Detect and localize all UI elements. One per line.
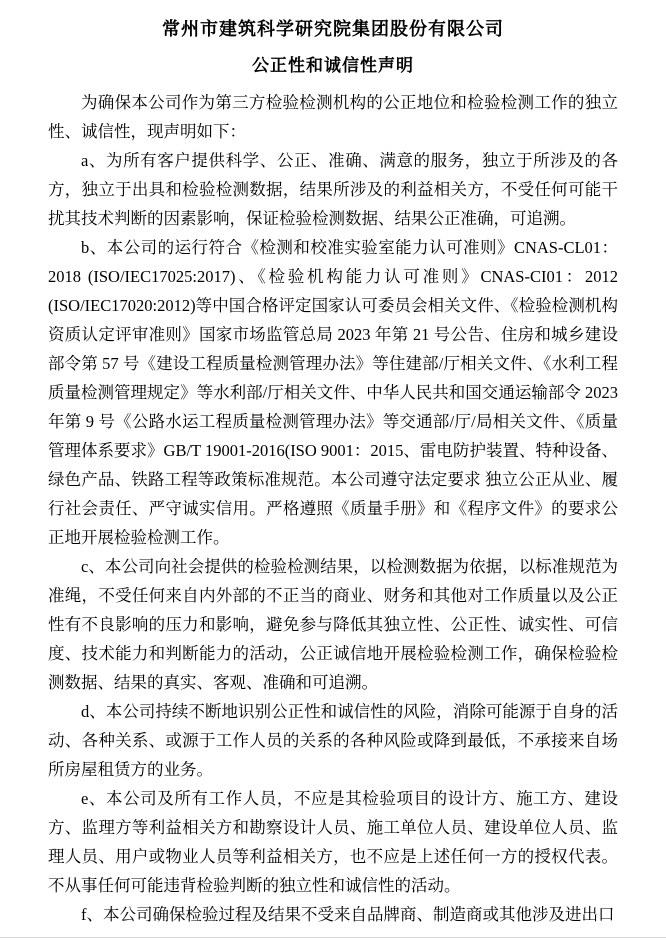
document-page: 常州市建筑科学研究院集团股份有限公司 公正性和诚信性声明 为确保本公司作为第三方… — [0, 0, 666, 941]
document-title: 常州市建筑科学研究院集团股份有限公司 — [48, 16, 618, 42]
paragraph-intro: 为确保本公司作为第三方检验检测机构的公正地位和检验检测工作的独立性、诚信性，现声… — [48, 88, 618, 146]
paragraph-item-d: d、本公司持续不断地识别公正性和诚信性的风险，消除可能源于自身的活动、各种关系、… — [48, 697, 618, 784]
paragraph-item-a: a、为所有客户提供科学、公正、准确、满意的服务，独立于所涉及的各方，独立于出具和… — [48, 146, 618, 233]
page-bottom-divider — [0, 937, 666, 938]
document-subtitle: 公正性和诚信性声明 — [48, 54, 618, 78]
paragraph-item-f: f、本公司确保检验过程及结果不受来自品牌商、制造商或其他涉及进出口 — [48, 900, 618, 929]
paragraph-item-b: b、本公司的运行符合《检测和校准实验室能力认可准则》CNAS-CL01：2018… — [48, 233, 618, 552]
paragraph-item-c: c、本公司向社会提供的检验检测结果，以检测数据为依据，以标准规范为准绳，不受任何… — [48, 552, 618, 697]
paragraph-item-e: e、本公司及所有工作人员，不应是其检验项目的设计方、施工方、建设方、监理方等利益… — [48, 784, 618, 900]
